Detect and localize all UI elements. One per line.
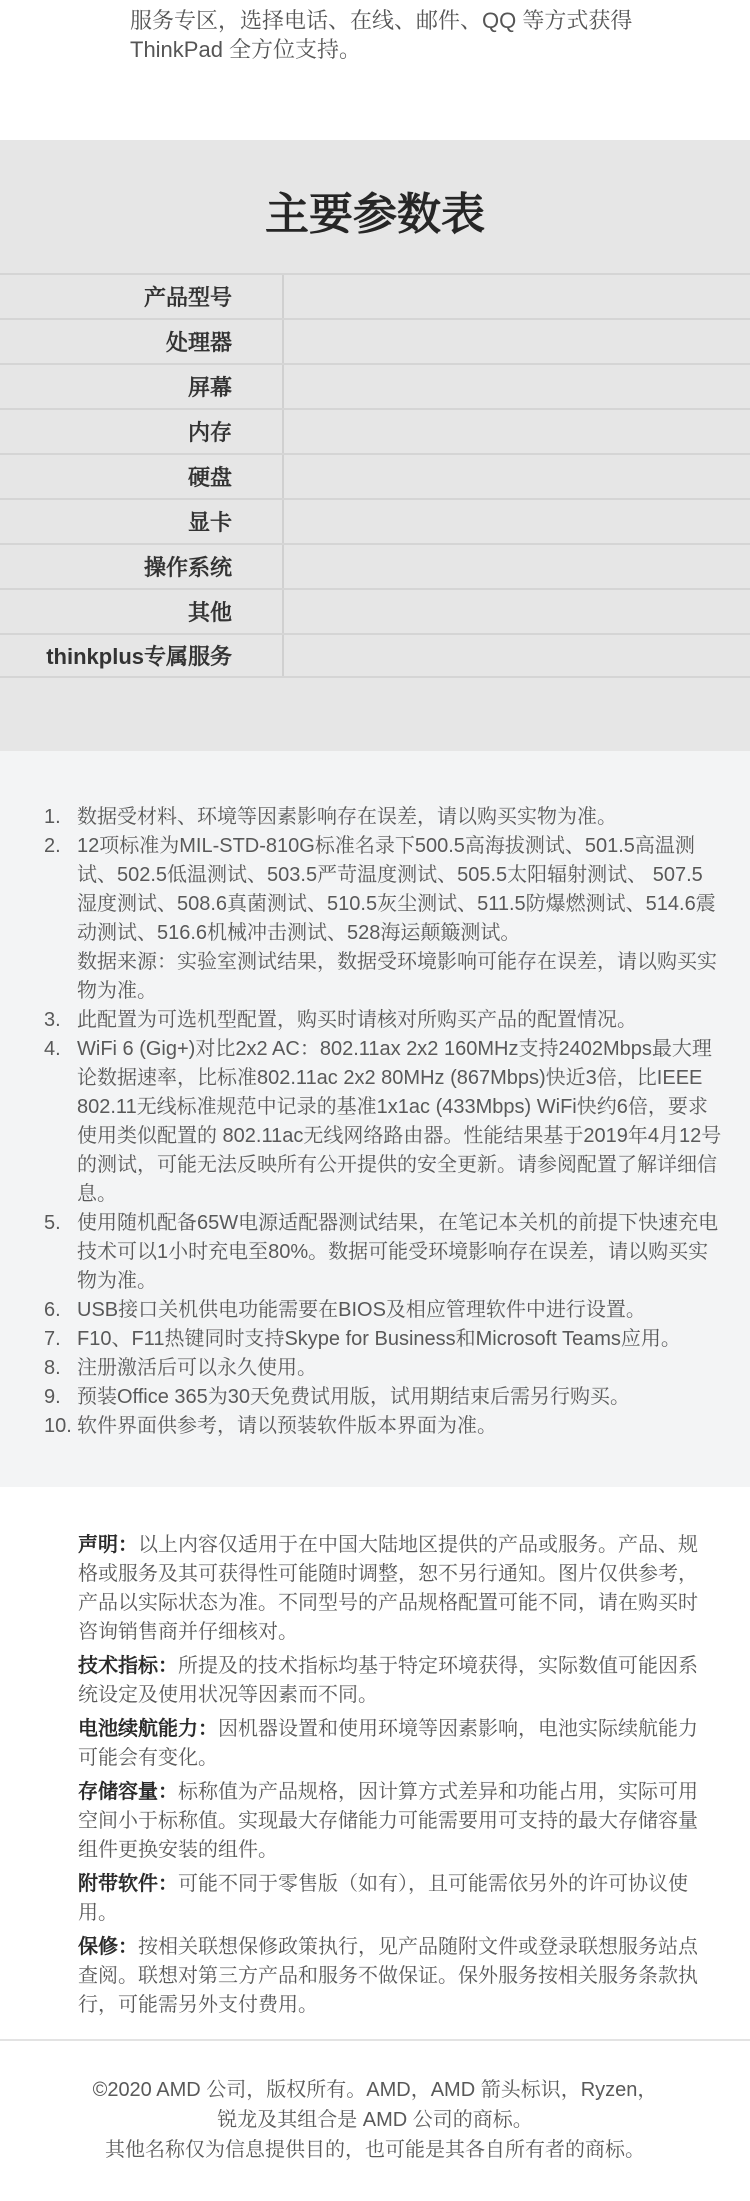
service-intro-text: 服务专区，选择电话、在线、邮件、QQ 等方式获得 ThinkPad 全方位支持。 <box>130 6 690 64</box>
note-number: 2. <box>44 832 61 861</box>
note-text: F10、F11热键同时支持Skype for Business和Microsof… <box>77 1325 722 1354</box>
spec-row-memory: 内存 <box>0 408 750 453</box>
note-number: 7. <box>44 1325 61 1354</box>
note-text: 软件界面供参考，请以预装软件版本界面为准。 <box>77 1412 722 1441</box>
note-number: 9. <box>44 1383 61 1412</box>
spec-label: 处理器 <box>0 320 284 363</box>
copyright-line-1: ©2020 AMD 公司，版权所有。AMD，AMD 箭头标识，Ryzen， <box>0 2075 750 2105</box>
note-number: 5. <box>44 1209 61 1238</box>
note-number: 6. <box>44 1296 61 1325</box>
disclaimer-text: 以上内容仅适用于在中国大陆地区提供的产品或服务。产品、规格或服务及其可获得性可能… <box>78 1534 698 1643</box>
disclaimer-battery-life: 电池续航能力：因机器设置和使用环境等因素影响，电池实际续航能力可能会有变化。 <box>78 1715 706 1773</box>
spec-value <box>284 365 750 408</box>
footnotes-section: 1. 数据受材料、环境等因素影响存在误差，请以购买实物为准。 2. 12项标准为… <box>0 751 750 1487</box>
disclaimer-label: 附带软件： <box>78 1873 178 1895</box>
note-item-6: 6. USB接口关机供电功能需要在BIOS及相应管理软件中进行设置。 <box>44 1296 722 1325</box>
spec-table: 产品型号 处理器 屏幕 内存 硬盘 显卡 操作系统 其他 <box>0 273 750 678</box>
spec-value <box>284 635 750 676</box>
disclaimer-section: 声明：以上内容仅适用于在中国大陆地区提供的产品或服务。产品、规格或服务及其可获得… <box>0 1487 750 2039</box>
disclaimer-label: 电池续航能力： <box>78 1718 218 1740</box>
spec-row-os: 操作系统 <box>0 543 750 588</box>
spec-row-other: 其他 <box>0 588 750 633</box>
note-number: 1. <box>44 803 61 832</box>
footnotes-list: 1. 数据受材料、环境等因素影响存在误差，请以购买实物为准。 2. 12项标准为… <box>44 803 722 1441</box>
note-item-3: 3. 此配置为可选机型配置，购买时请核对所购买产品的配置情况。 <box>44 1006 722 1035</box>
note-item-1: 1. 数据受材料、环境等因素影响存在误差，请以购买实物为准。 <box>44 803 722 832</box>
note-number: 4. <box>44 1035 61 1064</box>
parameters-table-title: 主要参数表 <box>0 186 750 244</box>
note-text: 预装Office 365为30天免费试用版，试用期结束后需另行购买。 <box>77 1383 722 1412</box>
disclaimer-label: 存储容量： <box>78 1781 178 1803</box>
note-text: 注册激活后可以永久使用。 <box>77 1354 722 1383</box>
note-data-source: 数据来源：实验室测试结果，数据受环境影响可能存在误差，请以购买实物为准。 <box>77 948 722 1006</box>
note-text: USB接口关机供电功能需要在BIOS及相应管理软件中进行设置。 <box>77 1296 722 1325</box>
spec-value <box>284 590 750 633</box>
note-text: 使用随机配备65W电源适配器测试结果，在笔记本关机的前提下快速充电技术可以1小时… <box>77 1209 722 1296</box>
copyright-line-2: 锐龙及其组合是 AMD 公司的商标。 <box>0 2105 750 2135</box>
disclaimer-storage-capacity: 存储容量：标称值为产品规格，因计算方式差异和功能占用，实际可用空间小于标称值。实… <box>78 1778 706 1865</box>
spec-row-graphics: 显卡 <box>0 498 750 543</box>
spec-value <box>284 320 750 363</box>
spec-label: 屏幕 <box>0 365 284 408</box>
spec-label: 显卡 <box>0 500 284 543</box>
disclaimer-label: 技术指标： <box>78 1655 178 1677</box>
note-text: 此配置为可选机型配置，购买时请核对所购买产品的配置情况。 <box>77 1006 722 1035</box>
note-item-10: 10. 软件界面供参考，请以预装软件版本界面为准。 <box>44 1412 722 1441</box>
spec-value <box>284 275 750 318</box>
service-intro-section: 服务专区，选择电话、在线、邮件、QQ 等方式获得 ThinkPad 全方位支持。 <box>0 0 750 140</box>
note-text: WiFi 6 (Gig+)对比2x2 AC：802.11ax 2x2 160MH… <box>77 1035 722 1209</box>
spec-row-processor: 处理器 <box>0 318 750 363</box>
spec-row-screen: 屏幕 <box>0 363 750 408</box>
spec-label: 操作系统 <box>0 545 284 588</box>
spec-label: 产品型号 <box>0 275 284 318</box>
spec-value <box>284 455 750 498</box>
note-text: 12项标准为MIL-STD-810G标准名录下500.5高海拔测试、501.5高… <box>77 832 722 948</box>
spec-row-hard-drive: 硬盘 <box>0 453 750 498</box>
disclaimer-bundled-software: 附带软件：可能不同于零售版（如有），且可能需依另外的许可协议使用。 <box>78 1870 706 1928</box>
note-item-7: 7. F10、F11热键同时支持Skype for Business和Micro… <box>44 1325 722 1354</box>
spec-row-thinkplus-service: thinkplus专属服务 <box>0 633 750 678</box>
note-item-5: 5. 使用随机配备65W电源适配器测试结果，在笔记本关机的前提下快速充电技术可以… <box>44 1209 722 1296</box>
spec-value <box>284 410 750 453</box>
note-item-4: 4. WiFi 6 (Gig+)对比2x2 AC：802.11ax 2x2 16… <box>44 1035 722 1209</box>
disclaimer-label: 声明： <box>78 1534 138 1556</box>
main-parameters-section: 主要参数表 产品型号 处理器 屏幕 内存 硬盘 显卡 操作系统 <box>0 140 750 751</box>
spec-row-product-model: 产品型号 <box>0 273 750 318</box>
copyright-line-3: 其他名称仅为信息提供目的，也可能是其各自所有者的商标。 <box>0 2135 750 2165</box>
note-number: 3. <box>44 1006 61 1035</box>
disclaimer-text: 按相关联想保修政策执行，见产品随附文件或登录联想服务站点查阅。联想对第三方产品和… <box>78 1936 698 2016</box>
copyright-footer: ©2020 AMD 公司，版权所有。AMD，AMD 箭头标识，Ryzen， 锐龙… <box>0 2039 750 2201</box>
note-number: 10. <box>44 1412 72 1441</box>
disclaimer-label: 保修： <box>78 1936 138 1958</box>
spec-label: thinkplus专属服务 <box>0 635 284 676</box>
disclaimer-warranty: 保修：按相关联想保修政策执行，见产品随附文件或登录联想服务站点查阅。联想对第三方… <box>78 1933 706 2020</box>
spec-label: 硬盘 <box>0 455 284 498</box>
note-item-9: 9. 预装Office 365为30天免费试用版，试用期结束后需另行购买。 <box>44 1383 722 1412</box>
spec-value <box>284 500 750 543</box>
disclaimer-statement: 声明：以上内容仅适用于在中国大陆地区提供的产品或服务。产品、规格或服务及其可获得… <box>78 1531 706 1647</box>
disclaimer-tech-specs: 技术指标：所提及的技术指标均基于特定环境获得，实际数值可能因系统设定及使用状况等… <box>78 1652 706 1710</box>
spec-value <box>284 545 750 588</box>
note-item-2: 2. 12项标准为MIL-STD-810G标准名录下500.5高海拔测试、501… <box>44 832 722 1006</box>
note-number: 8. <box>44 1354 61 1383</box>
spec-label: 内存 <box>0 410 284 453</box>
spec-label: 其他 <box>0 590 284 633</box>
note-item-8: 8. 注册激活后可以永久使用。 <box>44 1354 722 1383</box>
note-text: 数据受材料、环境等因素影响存在误差，请以购买实物为准。 <box>77 803 722 832</box>
